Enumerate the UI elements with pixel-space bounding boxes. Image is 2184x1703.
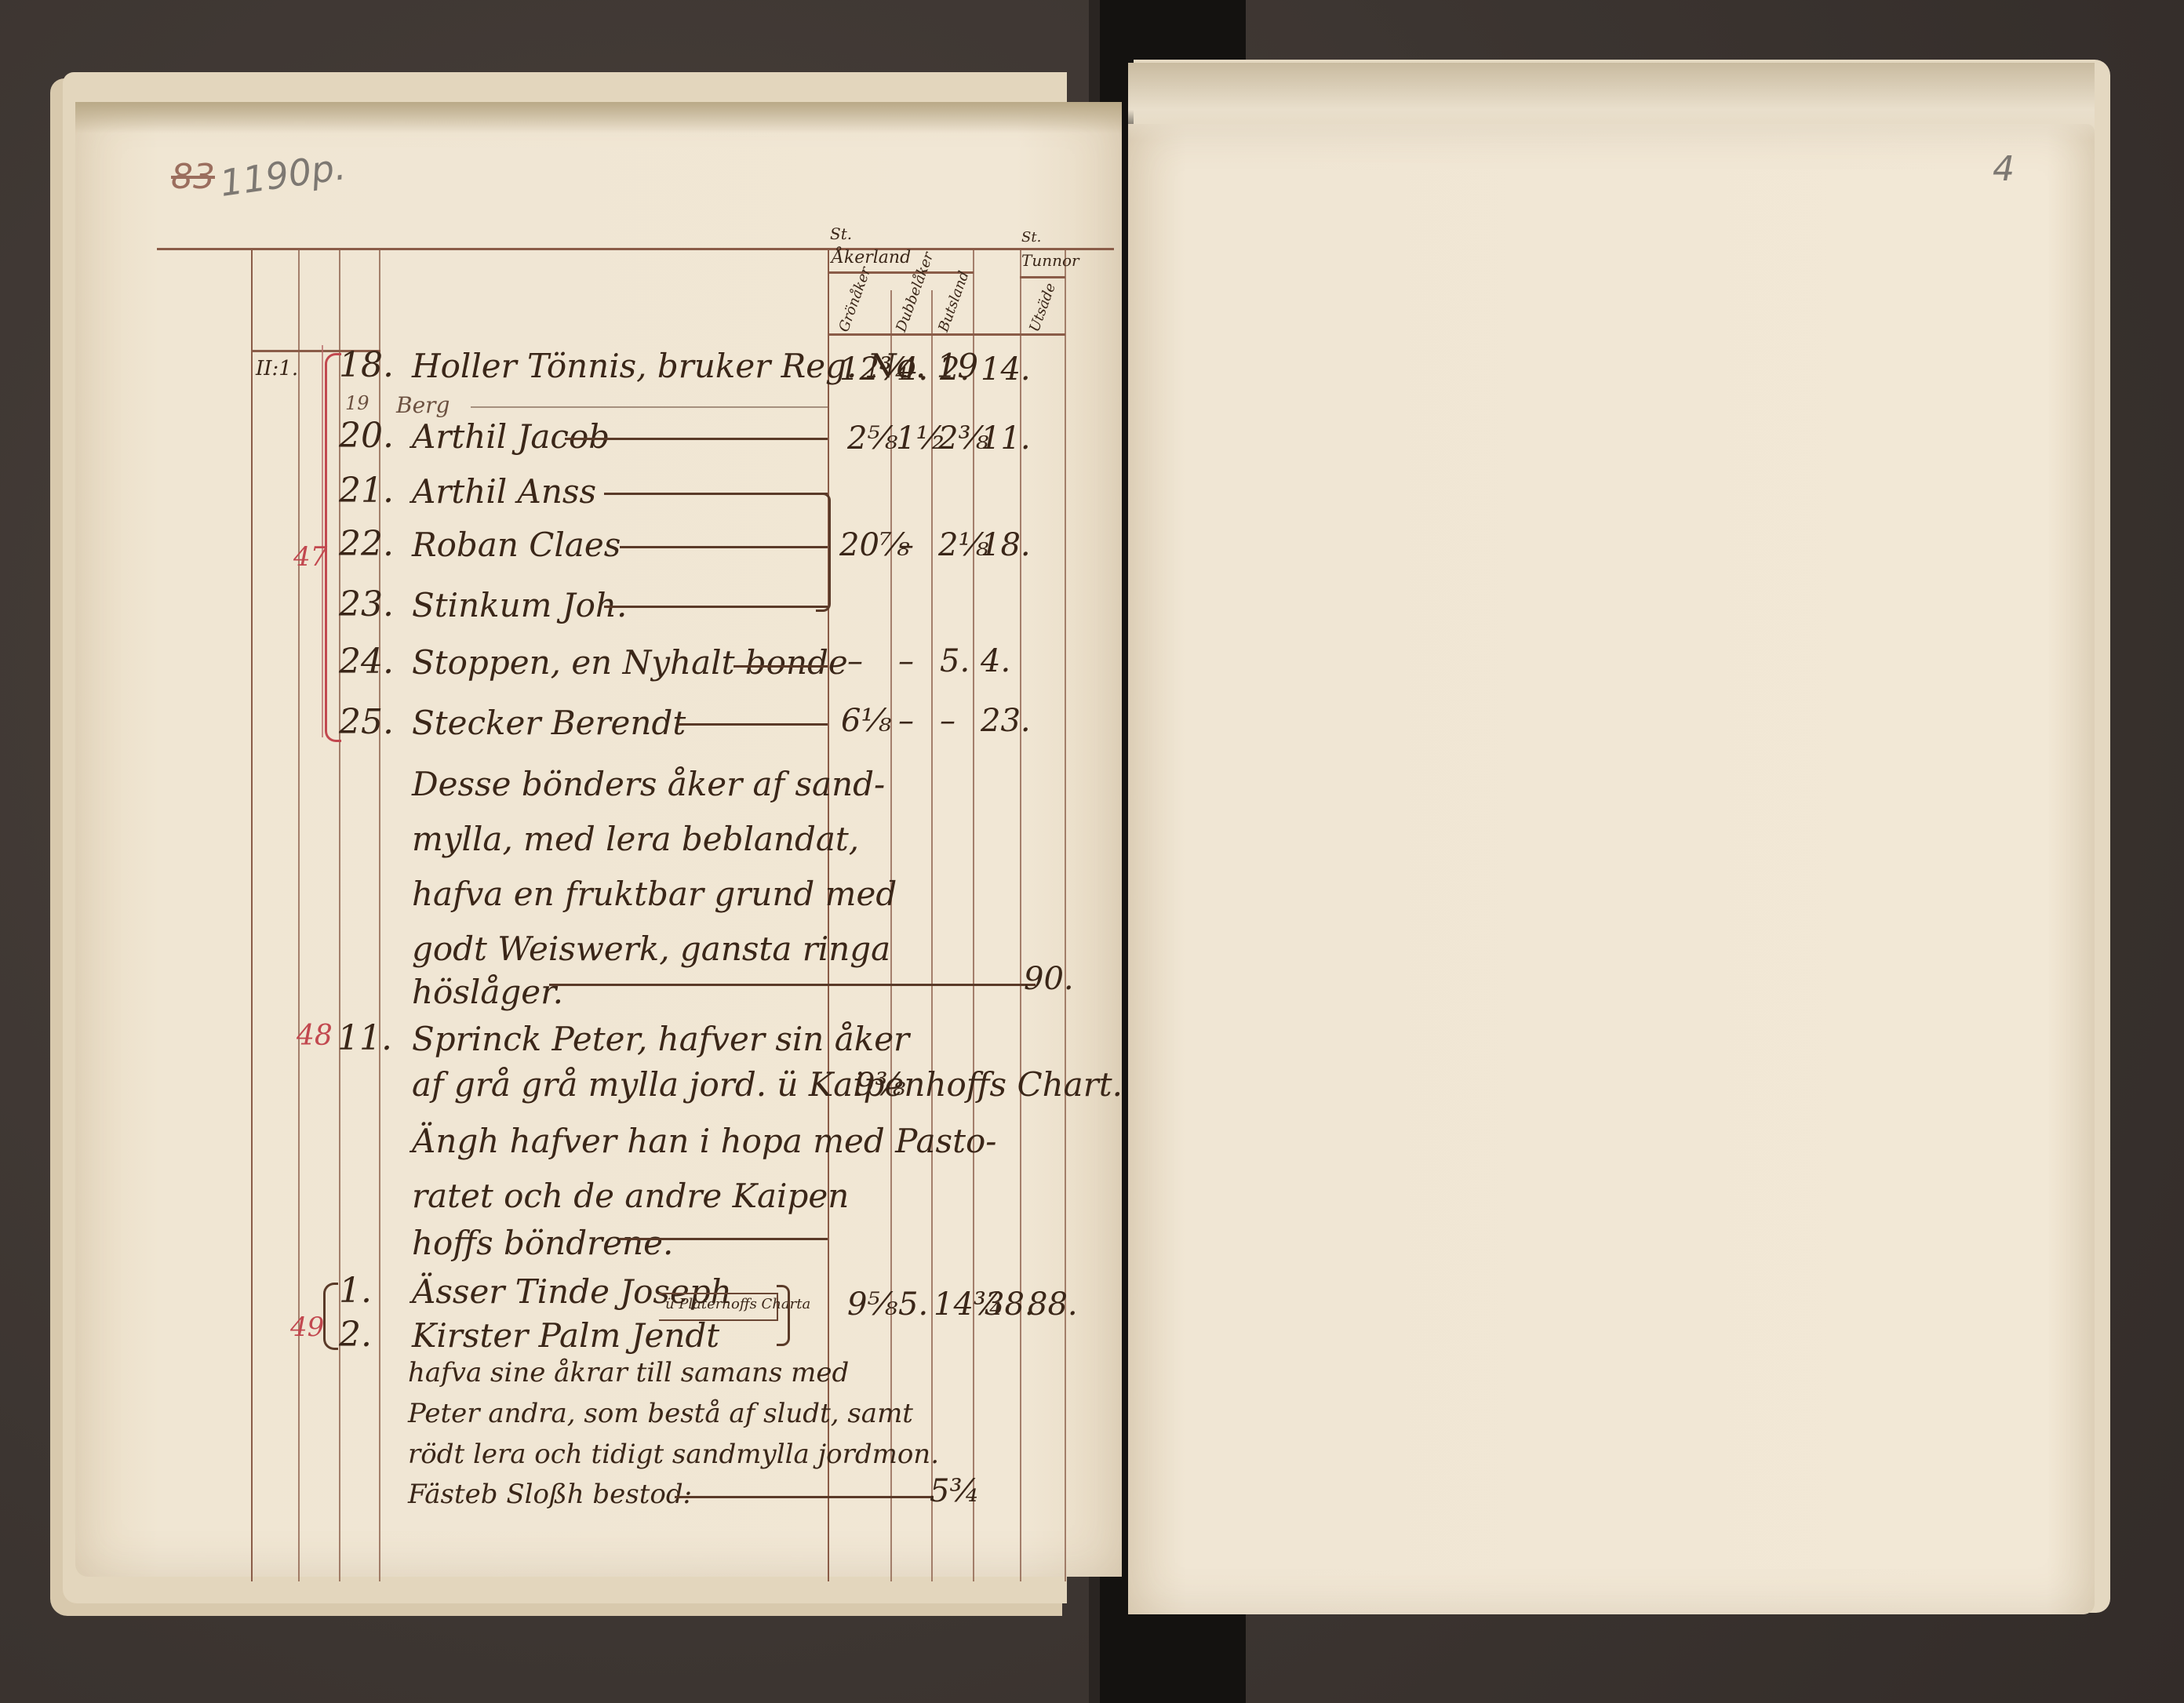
column-rule xyxy=(931,290,933,1581)
entry-name: Arthil Jacob xyxy=(412,417,610,456)
note-line: Ängh hafver han i hopa med Pasto- xyxy=(412,1122,996,1160)
leader-line xyxy=(604,493,828,495)
right-page-top-edge xyxy=(1128,63,2095,141)
entry-value: 2. xyxy=(940,351,970,388)
header-group1-label: Åkerland xyxy=(832,248,911,267)
column-rule xyxy=(1065,248,1066,1581)
note-line: ratet och de andre Kaipen xyxy=(412,1177,849,1215)
entry-value: 9⅝ xyxy=(847,1286,897,1323)
entry-value: 9⅜ xyxy=(855,1067,905,1103)
entry-value: 4. xyxy=(981,643,1010,679)
entry-value: 5. xyxy=(940,643,970,679)
header-group2-prefix: St. xyxy=(1021,229,1041,246)
note-line: Desse bönders åker af sand- xyxy=(412,765,885,803)
note-value: 5¾ xyxy=(930,1473,980,1509)
grouping-brace xyxy=(816,493,831,612)
entry-value: 18. xyxy=(981,527,1031,563)
note-line: hafva en fruktbar grund med xyxy=(412,875,897,913)
entry-no: 23. xyxy=(339,584,394,624)
entry-value: 5. xyxy=(898,1286,928,1323)
entry-value: 11. xyxy=(981,420,1031,457)
entry-no: 25. xyxy=(339,702,394,742)
entry-no: 22. xyxy=(339,524,394,564)
entry-no: 19 xyxy=(345,392,369,414)
leader-line xyxy=(620,546,828,548)
entry-name: Roban Claes xyxy=(412,526,621,564)
folio-mark-pencil: 4 xyxy=(1993,149,2015,189)
entry-name: Stinkum Joh. xyxy=(412,586,627,624)
left-page-top-edge xyxy=(75,102,1122,133)
leader-line xyxy=(675,1496,934,1498)
grouping-brace xyxy=(777,1285,790,1346)
lot-number-47: 47 xyxy=(293,541,327,573)
entry-value: – xyxy=(898,527,914,563)
entry-value: 4. xyxy=(898,351,928,388)
leader-line xyxy=(620,1238,828,1240)
entry-value: 14. xyxy=(981,351,1031,388)
note-line: Sprinck Peter, hafver sin åker xyxy=(412,1020,909,1058)
entry-value: 2⅝ xyxy=(847,420,897,457)
entry-value: – xyxy=(940,703,955,739)
lot-number-48: 48 xyxy=(297,1020,333,1052)
column-rule xyxy=(890,290,892,1581)
header-group1-rule xyxy=(828,271,974,274)
entry-name: Stoppen, en Nyhalt bonde xyxy=(412,643,848,682)
note-line: hafva sine åkrar till samans med xyxy=(408,1357,849,1388)
note-line: godt Weiswerk, gansta ringa xyxy=(412,930,890,968)
lot-49-brace xyxy=(323,1283,338,1350)
entry-value: 6⅛ xyxy=(841,703,891,739)
note-line: hoffs böndrene. xyxy=(412,1224,673,1262)
entry-name: Stecker Berendt xyxy=(412,704,686,742)
entry-no: 18. xyxy=(339,345,394,385)
entry-value: – xyxy=(898,643,914,679)
note-line: mylla, med lera beblandat, xyxy=(412,820,859,858)
entry-value: – xyxy=(847,643,863,679)
note-line: Fästeb Sloßh bestod: xyxy=(408,1479,692,1510)
note-line: rödt lera och tidigt sandmylla jordmon. xyxy=(408,1439,939,1470)
leader-line xyxy=(549,984,1036,986)
note-line: Peter andra, som bestå af sludt, samt xyxy=(408,1398,913,1429)
leader-line xyxy=(604,606,828,608)
leader-line xyxy=(679,723,828,726)
leader-line xyxy=(471,406,828,408)
leader-line xyxy=(565,438,828,440)
column-rule xyxy=(251,248,253,1581)
leader-line xyxy=(733,665,828,668)
header-group2-rule xyxy=(1020,276,1065,278)
entry-no: 1. xyxy=(339,1271,372,1311)
entry-name: Kirster Palm Jendt xyxy=(412,1316,719,1355)
entry-no: 11. xyxy=(337,1018,392,1058)
entry-no: 24. xyxy=(339,642,394,682)
note-line: höslåger. xyxy=(412,973,563,1011)
lot-number-49: 49 xyxy=(290,1312,324,1343)
header-group2-label: Tunnor xyxy=(1021,251,1079,270)
entry-no: 20. xyxy=(339,416,394,456)
entry-value: 23. xyxy=(981,703,1031,739)
entry-name: Arthil Anss xyxy=(412,472,596,511)
note-line: af grå grå mylla jord. ü Kaipenhoffs Cha… xyxy=(412,1065,1123,1104)
entry-value: – xyxy=(898,703,914,739)
entry-no: 2. xyxy=(339,1315,372,1355)
column-rule xyxy=(298,248,300,1581)
entry-no: 21. xyxy=(339,471,394,511)
note-total: 90. xyxy=(1024,961,1074,997)
right-page xyxy=(1128,124,2095,1614)
entry-value: 88. xyxy=(1028,1286,1078,1323)
row-prefix: II:1. xyxy=(256,357,298,380)
header-bottom-rule xyxy=(828,333,1065,336)
archive-mark-crossed: 83 xyxy=(171,157,215,197)
entry-name: Berg xyxy=(396,392,450,418)
top-rule xyxy=(157,248,1114,250)
header-group1-prefix: St. xyxy=(830,224,852,243)
